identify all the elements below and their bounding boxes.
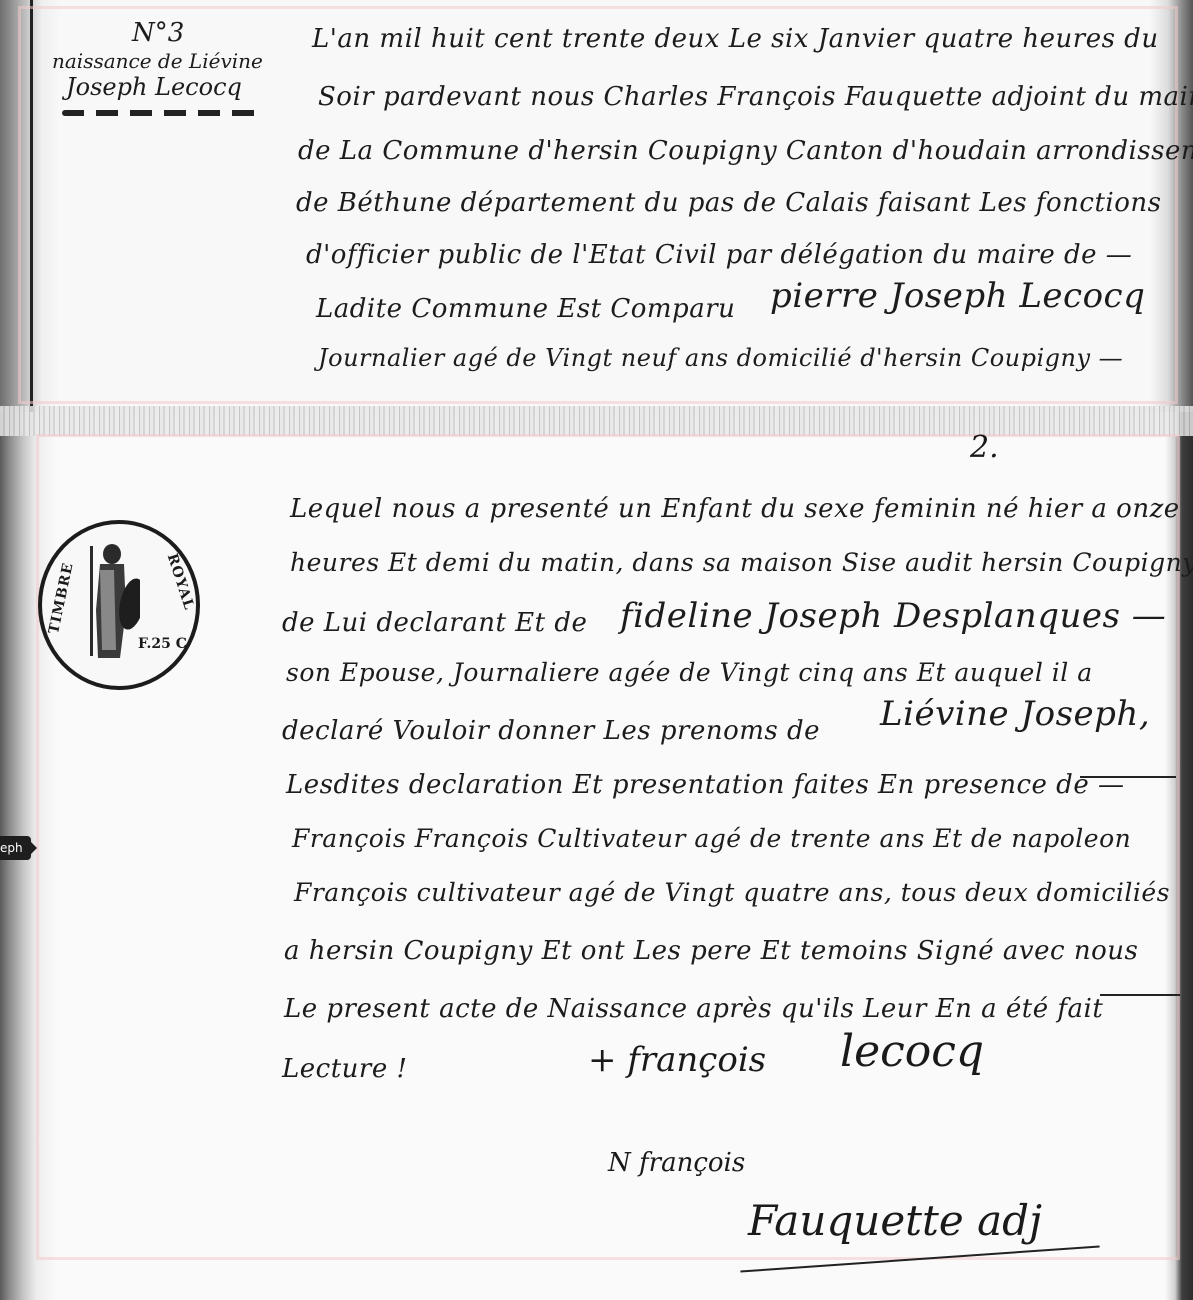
tooltip-text: eph [0,841,23,855]
record-line: Ladite Commune Est Comparu [316,294,735,324]
margin-note-line-1: naissance de Liévine [52,48,263,74]
record-line: d'officier public de l'Etat Civil par dé… [306,240,1132,270]
signature-officer: Fauquette adj [748,1196,1042,1245]
line-filler [1080,776,1176,778]
record-line: Lecture ! [282,1054,407,1084]
lower-register-page [0,412,1193,1300]
record-line: son Epouse, Journaliere agée de Vingt ci… [286,658,1093,687]
signature-witness-2: N françois [608,1148,745,1178]
signature-witness-1: + françois [588,1040,766,1080]
record-line: L'an mil huit cent trente deux Le six Ja… [312,24,1159,54]
record-line: de Lui declarant Et de [282,608,587,638]
record-line: heures Et demi du matin, dans sa maison … [290,548,1193,577]
margin-note: N°3 naissance de Liévine Joseph Lecocq [52,18,263,116]
seated-figure-icon [86,540,140,668]
record-line: de La Commune d'hersin Coupigny Canton d… [298,136,1193,166]
record-line: de Béthune département du pas de Calais … [296,188,1161,218]
binding-line [30,0,33,412]
line-filler [1100,994,1180,996]
stamp-price: F.25 C [138,636,187,652]
margin-note-line-2: Joseph Lecocq [66,74,263,100]
record-line: François cultivateur agé de Vingt quatre… [294,878,1170,907]
act-number: N°3 [132,18,263,48]
margin-flourish [62,110,262,116]
stamp-left-text: TIMBRE [46,561,77,635]
mother-name: fideline Joseph Desplanques — [620,596,1166,636]
record-line: Le present acte de Naissance après qu'il… [284,994,1103,1024]
record-line: declaré Vouloir donner Les prenoms de [282,716,820,746]
record-line: Journalier agé de Vingt neuf ans domicil… [318,344,1123,372]
record-line: a hersin Coupigny Et ont Les pere Et tem… [284,936,1138,966]
timbre-royal-stamp: TIMBRE ROYAL F.25 C [38,520,200,690]
record-line: Lequel nous a presenté un Enfant du sexe… [290,494,1180,524]
page-seam [0,406,1193,436]
signature-father: lecocq [840,1026,984,1077]
record-line: Lesdites declaration Et presentation fai… [286,770,1124,800]
hover-tooltip: eph [0,836,31,860]
record-line: Soir pardevant nous Charles François Fau… [318,82,1193,112]
folio-number: 2. [970,430,999,465]
child-name: Liévine Joseph, [880,694,1150,734]
record-line: François François Cultivateur agé de tre… [292,824,1131,853]
father-name: pierre Joseph Lecocq [770,276,1145,316]
